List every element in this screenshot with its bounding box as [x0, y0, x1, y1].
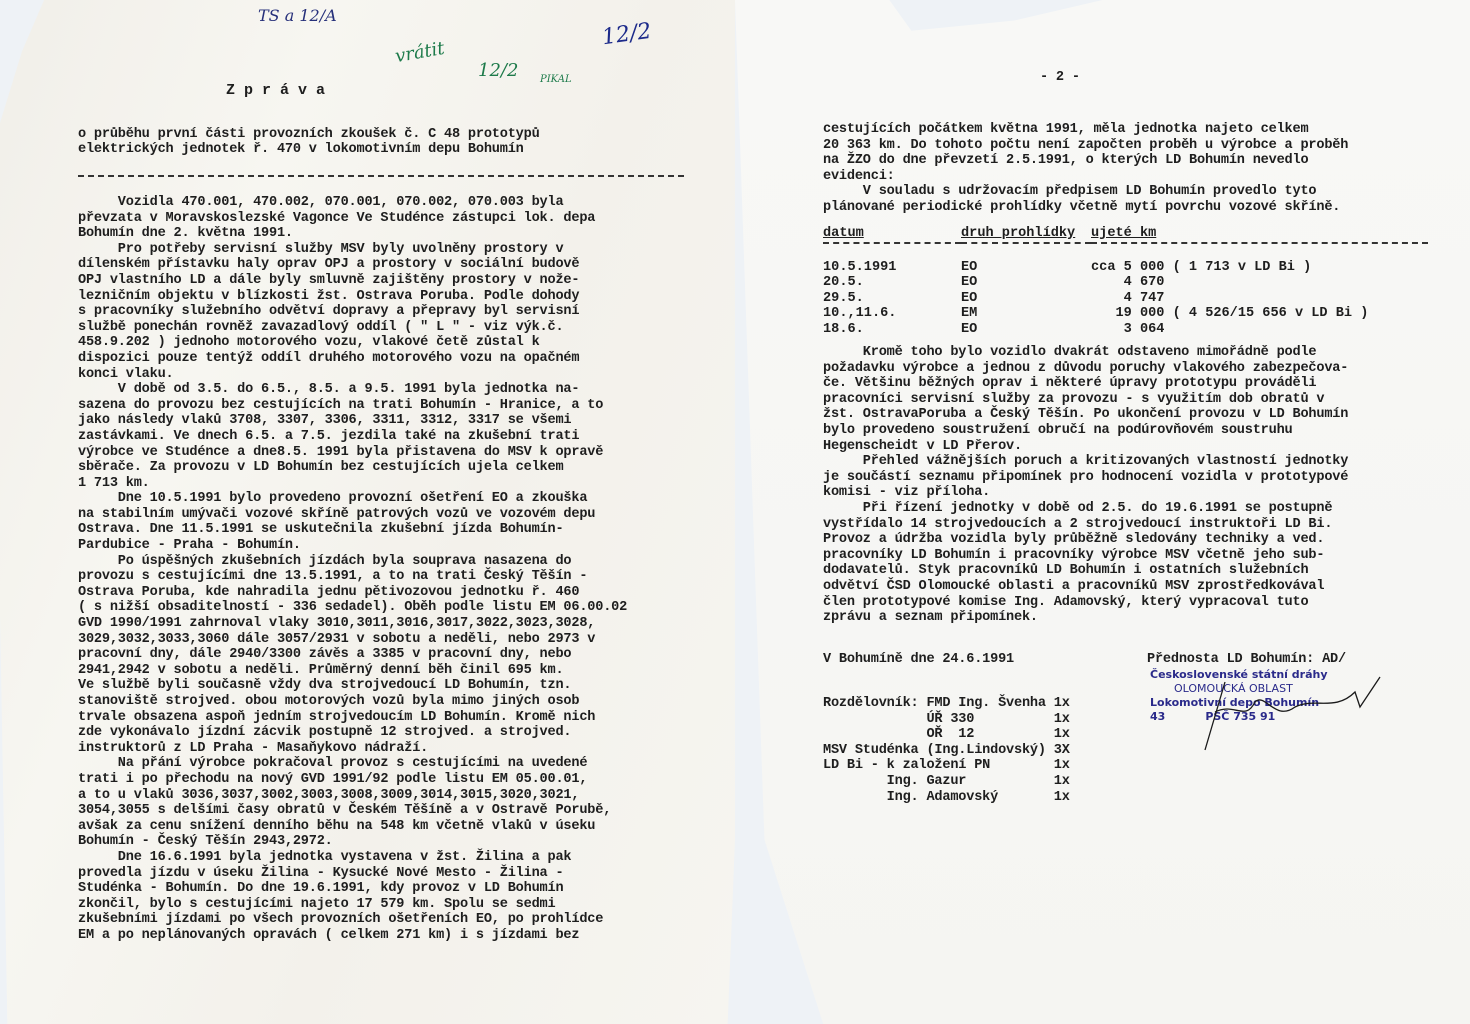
text-line: 1 713 km. [78, 476, 627, 492]
text-line: Vozidla 470.001, 470.002, 070.001, 070.0… [78, 195, 627, 211]
text-line: výrobce ve Studénce a dne8.5. 1991 byla … [78, 445, 627, 461]
text-line: če. Většinu běžných oprav i některé úpra… [823, 376, 1348, 392]
text-line: službě ponechán rovněž zavazadlový oddíl… [78, 320, 627, 336]
text-line: lezničním objektu v blízkosti žst. Ostra… [78, 289, 627, 305]
text-line: OŘ 12 1x [823, 727, 1070, 743]
text-line: OPJ vlastního LD a dále byly smluvně zaj… [78, 273, 627, 289]
text-line: dílenském přístavku haly oprav OPJ a pro… [78, 257, 627, 273]
text-line: V době od 3.5. do 6.5., 8.5. a 9.5. 1991… [78, 382, 627, 398]
table-cell: 20.5. [823, 275, 961, 291]
text-line: ÚŘ 330 1x [823, 712, 1070, 728]
text-line: jako následy vlaků 3708, 3307, 3306, 331… [78, 413, 627, 429]
text-line: stanoviště strojved. obou motorových voz… [78, 694, 627, 710]
text-line: provedla jízdu v úseku Žilina - Kysucké … [78, 866, 627, 882]
signature [1185, 672, 1385, 752]
text-line: plánované periodické prohlídky včetně my… [823, 200, 1348, 216]
title-divider [78, 175, 684, 177]
text-line: GVD 1990/1991 zahrnoval vlaky 3010,3011,… [78, 616, 627, 632]
text-line: Ostrava. Dne 11.5.1991 se uskutečnila zk… [78, 522, 627, 538]
text-line: 20 363 km. Do tohoto počtu není započten… [823, 138, 1348, 154]
handwritten-note: vrátit [394, 38, 447, 67]
column-header: datum [823, 226, 961, 243]
table-row: 10.5.1991EOcca 5 000 ( 1 713 v LD Bi ) [823, 260, 1428, 276]
text-line: na stabilním umývači vozové skříně patro… [78, 507, 627, 523]
column-header: druh prohlídky [961, 226, 1091, 243]
text-line: Kromě toho bylo vozidlo dvakrát odstaven… [823, 345, 1348, 361]
text-line: Rozdělovník: FMD Ing. Švenha 1x [823, 696, 1070, 712]
table-cell: EO [961, 275, 1091, 291]
text-line: Provoz a údržba vozidla byly průběžně sl… [823, 532, 1348, 548]
page-number: - 2 - [1040, 70, 1080, 86]
text-line: Ing. Adamovský 1x [823, 790, 1070, 806]
text-line: trati i po přechodu na nový GVD 1991/92 … [78, 772, 627, 788]
text-line: Pardubice - Praha - Bohumín. [78, 538, 627, 554]
text-line: s pracovníky služebního odvětví dopravy … [78, 304, 627, 320]
text-line: Při řízení jednotky v době od 2.5. do 19… [823, 501, 1348, 517]
text-line: Ing. Gazur 1x [823, 774, 1070, 790]
signatory-title: Přednosta LD Bohumín: AD/ [1147, 652, 1346, 668]
text-line: odvětví ČSD Olomoucké oblasti a pracovní… [823, 579, 1348, 595]
text-line: ( s nižší obsaditelností - 336 sedadel).… [78, 600, 627, 616]
text-line: žst. OstravaPoruba a Český Těšín. Po uko… [823, 407, 1348, 423]
text-line: zkušebními jízdami po všech provozních o… [78, 912, 627, 928]
table-row: 18.6.EO 3 064 [823, 322, 1428, 338]
text-line: MSV Studénka (Ing.Lindovský) 3X [823, 743, 1070, 759]
text-line: evidenci: [823, 169, 1348, 185]
text-line: 3029,3032,3033,3060 dále 3057/2931 v sob… [78, 632, 627, 648]
text-line: a to u vlaků 3036,3037,3002,3003,3008,30… [78, 788, 627, 804]
text-line: Ostrava Poruba, kde nahradila jednu pěti… [78, 585, 627, 601]
text-line: instruktorů z LD Praha - Masaňykovo nádr… [78, 741, 627, 757]
text-line: požadavku výrobce a jednou z důvodu poru… [823, 361, 1348, 377]
text-line: Bohumín - Český Těšín 2943,2972. [78, 834, 627, 850]
text-line: je součástí seznamu připomínek pro hodno… [823, 470, 1348, 486]
document-page-1: TS a 12/A 12/2 vrátit 12/2 PIKAL Zpráva … [0, 0, 735, 1024]
stamp-line: 43 [1150, 710, 1165, 723]
text-line: zprávu a seznam připomínek. [823, 610, 1348, 626]
text-line: Ve službě byli současně vždy dva strojve… [78, 678, 627, 694]
document-page-2: - 2 - cestujících počátkem května 1991, … [735, 0, 1470, 1024]
text-line: Dne 10.5.1991 bylo provedeno provozní oš… [78, 491, 627, 507]
table-cell: EO [961, 291, 1091, 307]
text-line: Po úspěšných zkušebních jízdách byla sou… [78, 554, 627, 570]
text-line: 3054,3055 s delšími časy obratů v Českém… [78, 803, 627, 819]
table-cell: EO [961, 322, 1091, 338]
table-cell: 3 064 [1091, 322, 1428, 338]
text-line: Přehled vážnějších poruch a kritizovanýc… [823, 454, 1348, 470]
text-line: EM a po neplánovaných opravách ( celkem … [78, 928, 627, 944]
text-line: pracovníky LD Bohumín i pracovníky výrob… [823, 548, 1348, 564]
text-line: bylo provedeno soustružení obručí na pod… [823, 423, 1348, 439]
table-row: 20.5.EO 4 670 [823, 275, 1428, 291]
table-cell: 10.5.1991 [823, 260, 961, 276]
table-cell: 4 670 [1091, 275, 1428, 291]
column-header: ujeté km [1091, 226, 1428, 243]
handwritten-note: 12/2 [601, 19, 653, 51]
text-line: pracovní dny, dále 2940/3300 závěs a 338… [78, 647, 627, 663]
place-and-date: V Bohumíně dne 24.6.1991 [823, 652, 1014, 668]
text-line: Dne 16.6.1991 byla jednotka vystavena v … [78, 850, 627, 866]
text-line: 458.9.202 ) jednoho motorového vozu, vla… [78, 335, 627, 351]
text-line: Na přání výrobce pokračoval provoz s ces… [78, 756, 627, 772]
text-line: LD Bi - k založení PN 1x [823, 758, 1070, 774]
distribution-list: Rozdělovník: FMD Ing. Švenha 1x ÚŘ 330 1… [823, 696, 1070, 805]
text-line: člen prototypové komise Ing. Adamovský, … [823, 595, 1348, 611]
document-subtitle: elektrických jednotek ř. 470 v lokomotiv… [78, 142, 524, 158]
text-line: Bohumín dne 2. května 1991. [78, 226, 627, 242]
text-line: na ŽZO do dne převzetí 2.5.1991, o který… [823, 153, 1348, 169]
page-2-intro: cestujících počátkem května 1991, měla j… [823, 122, 1348, 216]
text-line: sběrače. Za provozu v LD Bohumín bez ces… [78, 460, 627, 476]
text-line: zde vykonávalo jízdní zácvik postupně 12… [78, 725, 627, 741]
text-line: avšak za cenu snížení denního běhu na 54… [78, 819, 627, 835]
table-header-row: datum druh prohlídky ujeté km [823, 226, 1428, 243]
text-line: dodavatelů. Styk pracovníků LD Bohumín i… [823, 563, 1348, 579]
table-cell: EM [961, 306, 1091, 322]
text-line: zastávkami. Ve dnech 6.5. a 7.5. jezdila… [78, 429, 627, 445]
handwritten-note: TS a 12/A [258, 6, 337, 25]
table-cell: 19 000 ( 4 526/15 656 v LD Bi ) [1091, 306, 1428, 322]
table-cell: cca 5 000 ( 1 713 v LD Bi ) [1091, 260, 1428, 276]
text-line: pracovníci servisní služby za provozu - … [823, 392, 1348, 408]
text-line: V souladu s udržovacím předpisem LD Bohu… [823, 184, 1348, 200]
table-row: 10.,11.6.EM 19 000 ( 4 526/15 656 v LD B… [823, 306, 1428, 322]
page-1-body: Vozidla 470.001, 470.002, 070.001, 070.0… [78, 195, 627, 944]
table-row: 29.5.EO 4 747 [823, 291, 1428, 307]
text-line: vystřídalo 14 strojvedoucích a 2 strojve… [823, 517, 1348, 533]
table-cell: EO [961, 260, 1091, 276]
table-cell: 18.6. [823, 322, 961, 338]
text-line: dispozici pouze tentýž oddíl druhého mot… [78, 351, 627, 367]
text-line: převzata v Moravskoslezské Vagonce Ve St… [78, 211, 627, 227]
text-line: sazena do provozu bez cestujících na tra… [78, 398, 627, 414]
page-2-body: Kromě toho bylo vozidlo dvakrát odstaven… [823, 345, 1348, 626]
inspection-table: datum druh prohlídky ujeté km 10.5.1991E… [823, 226, 1428, 338]
document-title: Zpráva [226, 82, 334, 99]
text-line: komisi - viz příloha. [823, 485, 1348, 501]
table-cell: 10.,11.6. [823, 306, 961, 322]
text-line: provozu s cestujícími dne 13.5.1991, a t… [78, 569, 627, 585]
text-line: Studénka - Bohumín. Do dne 19.6.1991, kd… [78, 881, 627, 897]
text-line: trvale obsazena aspoň jedním strojvedouc… [78, 710, 627, 726]
text-line: 2941,2942 v sobotu a neděli. Průměrný de… [78, 663, 627, 679]
text-line: zkončil, bylo s cestujícími najeto 17 57… [78, 897, 627, 913]
handwritten-note: 12/2 [478, 60, 518, 81]
text-line: Pro potřeby servisní služby MSV byly uvo… [78, 242, 627, 258]
text-line: Hegenscheidt v LD Přerov. [823, 439, 1348, 455]
handwritten-note: PIKAL [540, 74, 572, 85]
text-line: cestujících počátkem května 1991, měla j… [823, 122, 1348, 138]
table-cell: 29.5. [823, 291, 961, 307]
text-line: konci vlaku. [78, 367, 627, 383]
document-subtitle: o průběhu první části provozních zkoušek… [78, 127, 540, 143]
table-cell: 4 747 [1091, 291, 1428, 307]
